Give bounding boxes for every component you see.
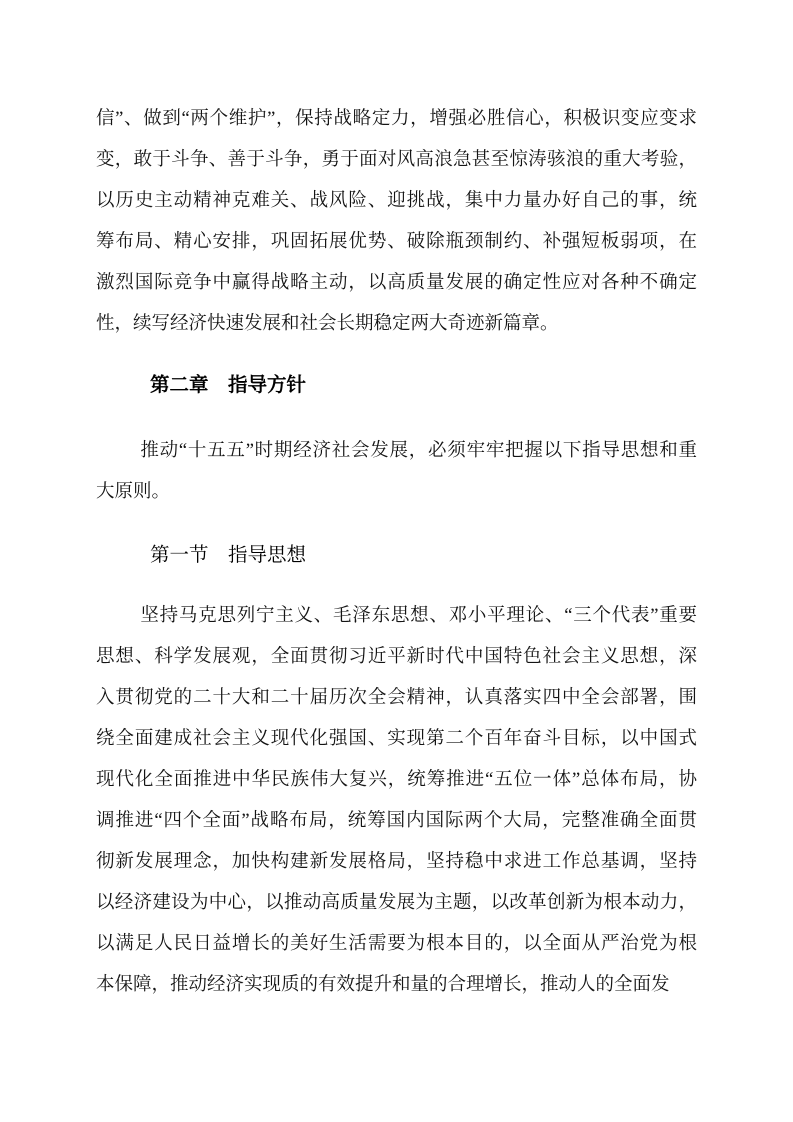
- body-text-line: 入贯彻党的二十大和二十届历次全会精神，认真落实四中全会部署，围: [96, 678, 697, 719]
- body-text-line: 以经济建设为中心，以推动高质量发展为主题，以改革创新为根本动力，: [96, 883, 697, 924]
- chapter-heading: 第二章 指导方针: [96, 365, 697, 406]
- body-text-line: 以历史主动精神克难关、战风险、迎挑战，集中力量办好自己的事，统: [96, 181, 697, 222]
- body-text-line: 思想、科学发展观，全面贯彻习近平新时代中国特色社会主义思想，深: [96, 637, 697, 678]
- body-text-line: 本保障，推动经济实现质的有效提升和量的合理增长，推动人的全面发: [96, 965, 697, 1006]
- section-heading: 第一节 指导思想: [96, 535, 697, 576]
- body-text-line: 坚持马克思列宁主义、毛泽东思想、邓小平理论、“三个代表”重要: [96, 596, 697, 637]
- body-text-line: 绕全面建成社会主义现代化强国、实现第二个百年奋斗目标，以中国式: [96, 719, 697, 760]
- paragraph: 坚持马克思列宁主义、毛泽东思想、邓小平理论、“三个代表”重要 思想、科学发展观，…: [96, 596, 697, 1006]
- body-text-line: 筹布局、精心安排，巩固拓展优势、破除瓶颈制约、补强短板弱项，在: [96, 222, 697, 263]
- body-text-line: 以满足人民日益增长的美好生活需要为根本目的，以全面从严治党为根: [96, 924, 697, 965]
- body-text-line: 调推进“四个全面”战略布局，统筹国内国际两个大局，完整准确全面贯: [96, 801, 697, 842]
- body-text-line: 推动“十五五”时期经济社会发展，必须牢牢把握以下指导思想和重: [96, 431, 697, 472]
- paragraph: 推动“十五五”时期经济社会发展，必须牢牢把握以下指导思想和重 大原则。: [96, 431, 697, 513]
- body-text-line: 大原则。: [96, 472, 697, 513]
- body-text-line: 激烈国际竞争中赢得战略主动，以高质量发展的确定性应对各种不确定: [96, 263, 697, 304]
- body-text-line: 现代化全面推进中华民族伟大复兴，统筹推进“五位一体”总体布局，协: [96, 760, 697, 801]
- document-page: 信”、做到“两个维护”，保持战略定力，增强必胜信心，积极识变应变求 变，敢于斗争…: [0, 0, 793, 1122]
- body-text-line: 信”、做到“两个维护”，保持战略定力，增强必胜信心，积极识变应变求: [96, 99, 697, 140]
- body-text-line: 彻新发展理念，加快构建新发展格局，坚持稳中求进工作总基调，坚持: [96, 842, 697, 883]
- body-text-line: 性，续写经济快速发展和社会长期稳定两大奇迹新篇章。: [96, 304, 697, 345]
- document-content: 信”、做到“两个维护”，保持战略定力，增强必胜信心，积极识变应变求 变，敢于斗争…: [96, 99, 697, 1006]
- paragraph-continuation: 信”、做到“两个维护”，保持战略定力，增强必胜信心，积极识变应变求 变，敢于斗争…: [96, 99, 697, 345]
- body-text-line: 变，敢于斗争、善于斗争，勇于面对风高浪急甚至惊涛骇浪的重大考验，: [96, 140, 697, 181]
